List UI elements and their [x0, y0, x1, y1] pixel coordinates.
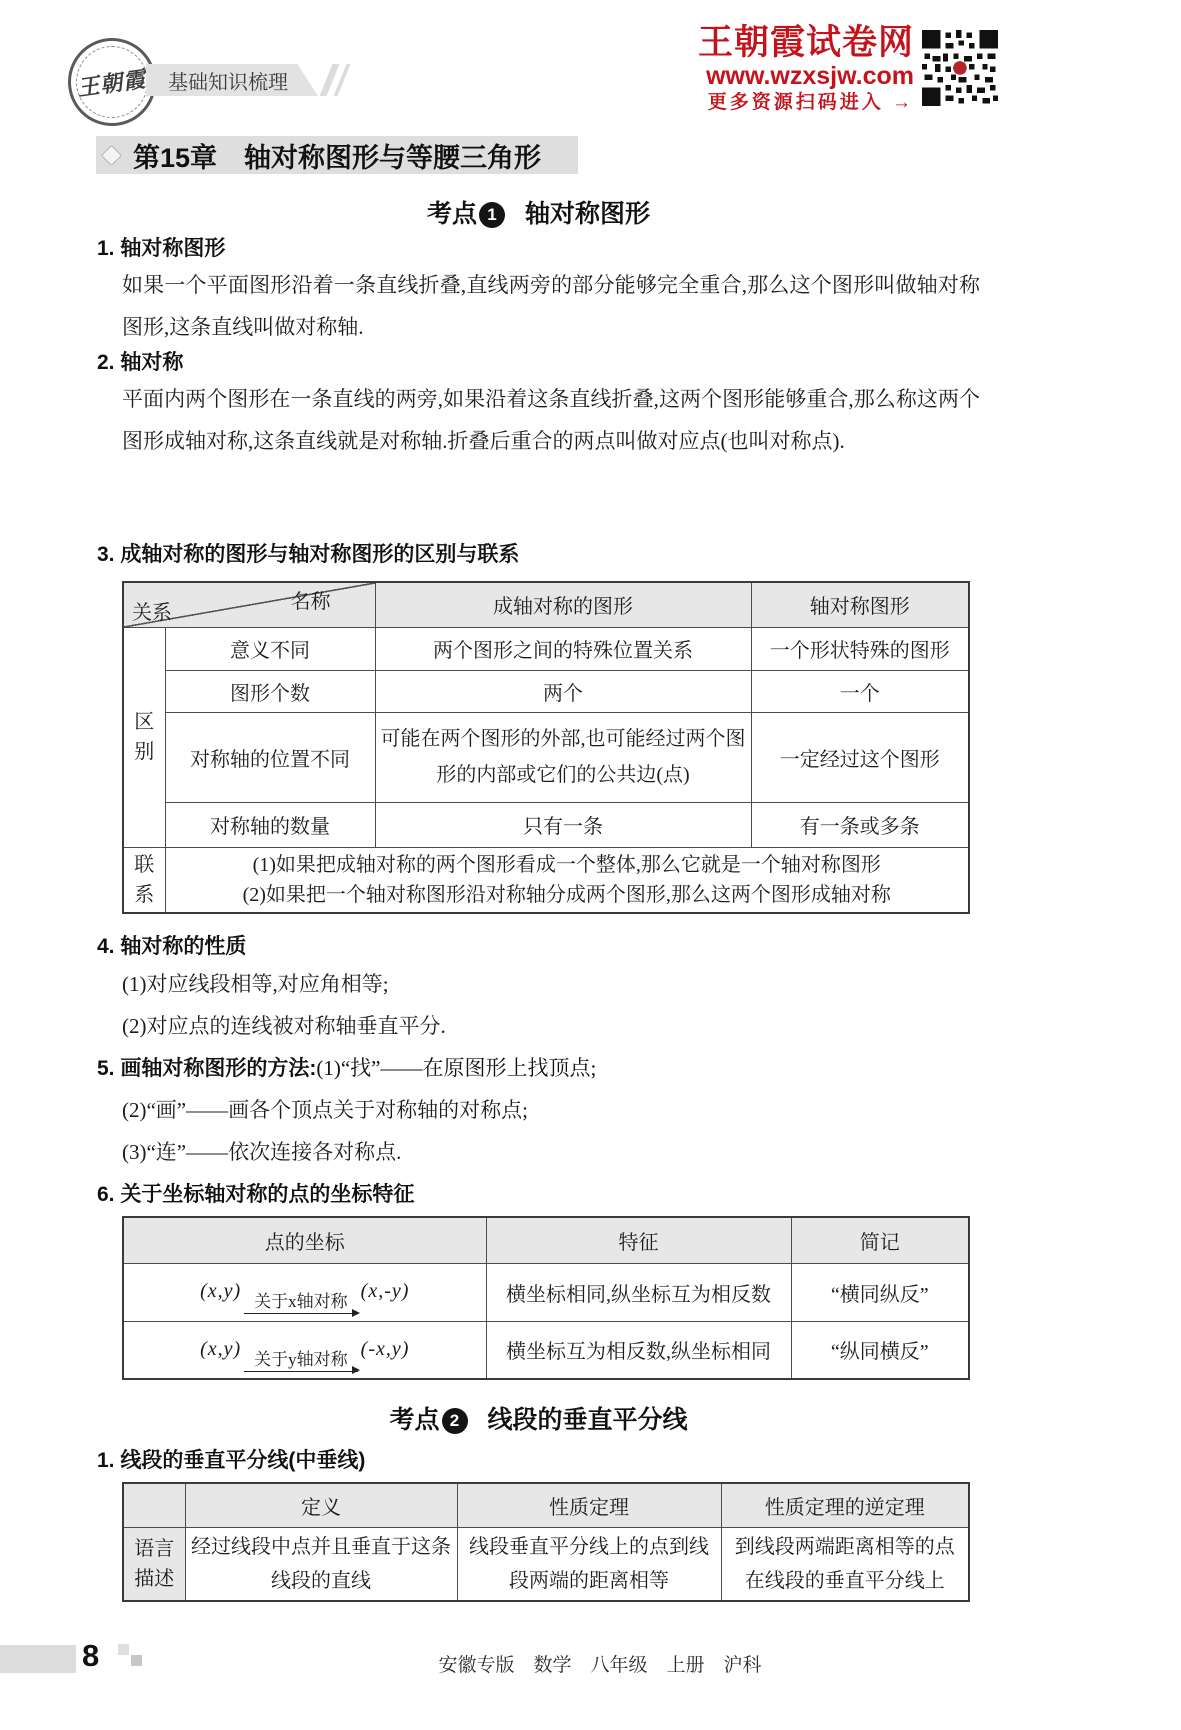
- column-header: 简记: [791, 1217, 969, 1263]
- publisher-logo-stamp: 王朝霞: [68, 38, 156, 126]
- empty-corner-cell: [123, 1483, 185, 1527]
- table-cell: “横同纵反”: [791, 1263, 969, 1321]
- column-header: 特征: [486, 1217, 791, 1263]
- item-heading-5: 5. 画轴对称图形的方法:(1)“找”——在原图形上找顶点;: [97, 1052, 596, 1082]
- mapping-cell: (x,y) 关于x轴对称 (x,-y): [123, 1263, 486, 1321]
- chapter-banner: 第15章 轴对称图形与等腰三角形: [96, 136, 578, 174]
- kaodian-label: 考点: [389, 1406, 439, 1434]
- footer-square-decoration: [118, 1644, 129, 1655]
- link-line-1: (1)如果把成轴对称的两个图形看成一个整体,那么它就是一个轴对称图形: [170, 850, 965, 880]
- coord-to: (x,-y): [361, 1280, 410, 1302]
- kaodian-number-badge: 1: [479, 202, 505, 228]
- table-cell: (1)如果把成轴对称的两个图形看成一个整体,那么它就是一个轴对称图形 (2)如果…: [165, 847, 969, 913]
- section-heading-kaodian2: 考点2线段的垂直平分线: [97, 1400, 980, 1436]
- table-cell: 只有一条: [375, 802, 751, 847]
- corner-label-bottom: 关系: [132, 596, 172, 625]
- site-brand-block: 王朝霞试卷网 www.wzxsjw.com 更多资源扫码进入 →: [600, 24, 914, 116]
- table-cell: 一个: [751, 670, 969, 712]
- qr-center-seal: [953, 61, 967, 75]
- table1-corner-cell: 名称 关系: [123, 582, 375, 627]
- table-cell: 到线段两端距离相等的点在线段的垂直平分线上: [721, 1527, 969, 1601]
- qr-code-icon: [922, 28, 998, 108]
- difference-link-table: 名称 关系 成轴对称的图形 轴对称图形 区别 意义不同 两个图形之间的特殊位置关…: [122, 581, 970, 914]
- table-cell: 意义不同: [165, 627, 375, 670]
- arrow-line: [244, 1371, 358, 1372]
- kaodian-title: 线段的垂直平分线: [488, 1406, 688, 1434]
- item-heading-6: 6. 关于坐标轴对称的点的坐标特征: [97, 1178, 414, 1208]
- table-cell: 一定经过这个图形: [751, 712, 969, 802]
- arrow-label: 关于y轴对称: [244, 1350, 358, 1369]
- section-heading-kaodian1: 考点1轴对称图形: [97, 194, 980, 230]
- coord-to: (-x,y): [361, 1338, 410, 1360]
- page-number-bar: [0, 1645, 76, 1673]
- link-line-2: (2)如果把一个轴对称图形沿对称轴分成两个图形,那么这两个图形成轴对称: [170, 880, 965, 910]
- item4-line-2: (2)对应点的连线被对称轴垂直平分.: [122, 1010, 982, 1040]
- site-cta: 更多资源扫码进入 →: [600, 90, 914, 116]
- arrow-head-icon: [352, 1366, 360, 1374]
- column-header: 成轴对称的图形: [375, 582, 751, 627]
- perpendicular-bisector-table: 定义 性质定理 性质定理的逆定理 语言描述 经过线段中点并且垂直于这条线段的直线…: [122, 1482, 970, 1602]
- maps-to-arrow: 关于y轴对称: [244, 1350, 358, 1372]
- item-heading-3: 3. 成轴对称的图形与轴对称图形的区别与联系: [97, 538, 519, 568]
- logo-text: 王朝霞: [76, 62, 149, 102]
- column-header: 点的坐标: [123, 1217, 486, 1263]
- kaodian-title: 轴对称图形: [525, 200, 650, 228]
- table-cell: “纵同横反”: [791, 1321, 969, 1379]
- table-cell: 对称轴的位置不同: [165, 712, 375, 802]
- table-cell: 经过线段中点并且垂直于这条线段的直线: [185, 1527, 457, 1601]
- badge-label: 基础知识梳理: [168, 66, 288, 95]
- site-name: 王朝霞试卷网: [600, 24, 914, 62]
- column-header: 性质定理: [457, 1483, 721, 1527]
- arrow-line: [244, 1313, 358, 1314]
- arrow-label: 关于x轴对称: [244, 1292, 358, 1311]
- maps-to-arrow: 关于x轴对称: [244, 1292, 358, 1314]
- page-number: 8: [82, 1638, 99, 1674]
- table-cell: 横坐标互为相反数,纵坐标相同: [486, 1321, 791, 1379]
- coord-from: (x,y): [200, 1338, 241, 1360]
- table-cell: 一个形状特殊的图形: [751, 627, 969, 670]
- table-cell: 可能在两个图形的外部,也可能经过两个图形的内部或它们的公共边(点): [375, 712, 751, 802]
- edition-text: 安徽专版 数学 八年级 上册 沪科: [200, 1650, 1000, 1677]
- table-cell: 线段垂直平分线上的点到线段两端的距离相等: [457, 1527, 721, 1601]
- column-header: 定义: [185, 1483, 457, 1527]
- item-heading-4: 4. 轴对称的性质: [97, 930, 246, 960]
- kaodian-number-badge: 2: [442, 1408, 468, 1434]
- item5-line-3: (3)“连”——依次连接各对称点.: [122, 1136, 982, 1166]
- column-header: 性质定理的逆定理: [721, 1483, 969, 1527]
- kaodian-label: 考点: [427, 200, 477, 228]
- knowledge-badge: 基础知识梳理: [146, 64, 318, 96]
- item5-line-1: (1)“找”——在原图形上找顶点;: [316, 1056, 596, 1080]
- chapter-title: 第15章 轴对称图形与等腰三角形: [133, 136, 541, 175]
- logo-inner-circle: 王朝霞: [76, 46, 148, 118]
- table-cell: 两个图形之间的特殊位置关系: [375, 627, 751, 670]
- item-heading-k2-1: 1. 线段的垂直平分线(中垂线): [97, 1444, 365, 1474]
- table-cell: 对称轴的数量: [165, 802, 375, 847]
- diamond-icon: [101, 144, 122, 165]
- column-header: 轴对称图形: [751, 582, 969, 627]
- corner-label-top: 名称: [291, 585, 331, 614]
- coord-from: (x,y): [200, 1280, 241, 1302]
- row-group-label: 区别: [123, 627, 165, 847]
- table-cell: 两个: [375, 670, 751, 712]
- table-cell: 横坐标相同,纵坐标互为相反数: [486, 1263, 791, 1321]
- item5-head-bold: 5. 画轴对称图形的方法:: [97, 1057, 316, 1080]
- table-cell: 图形个数: [165, 670, 375, 712]
- arrow-head-icon: [352, 1309, 360, 1317]
- coordinate-feature-table: 点的坐标 特征 简记 (x,y) 关于x轴对称 (x,-y) 横坐标相同,纵坐标…: [122, 1216, 970, 1380]
- item4-line-1: (1)对应线段相等,对应角相等;: [122, 968, 982, 998]
- table-cell: 有一条或多条: [751, 802, 969, 847]
- paragraph-item2: 平面内两个图形在一条直线的两旁,如果沿着这条直线折叠,这两个图形能够重合,那么称…: [122, 378, 980, 462]
- item-heading-2: 2. 轴对称: [97, 346, 183, 376]
- item-heading-1: 1. 轴对称图形: [97, 232, 225, 262]
- paragraph-item1: 如果一个平面图形沿着一条直线折叠,直线两旁的部分能够完全重合,那么这个图形叫做轴…: [122, 264, 980, 348]
- textbook-page: 王朝霞 基础知识梳理 王朝霞试卷网 www.wzxsjw.com 更多资源扫码进…: [0, 0, 1181, 1730]
- item5-line-2: (2)“画”——画各个顶点关于对称轴的对称点;: [122, 1094, 982, 1124]
- row-group-label: 联系: [123, 847, 165, 913]
- row-group-label: 语言描述: [123, 1527, 185, 1601]
- site-url: www.wzxsjw.com: [600, 62, 914, 90]
- mapping-cell: (x,y) 关于y轴对称 (-x,y): [123, 1321, 486, 1379]
- footer-square-decoration: [131, 1655, 142, 1666]
